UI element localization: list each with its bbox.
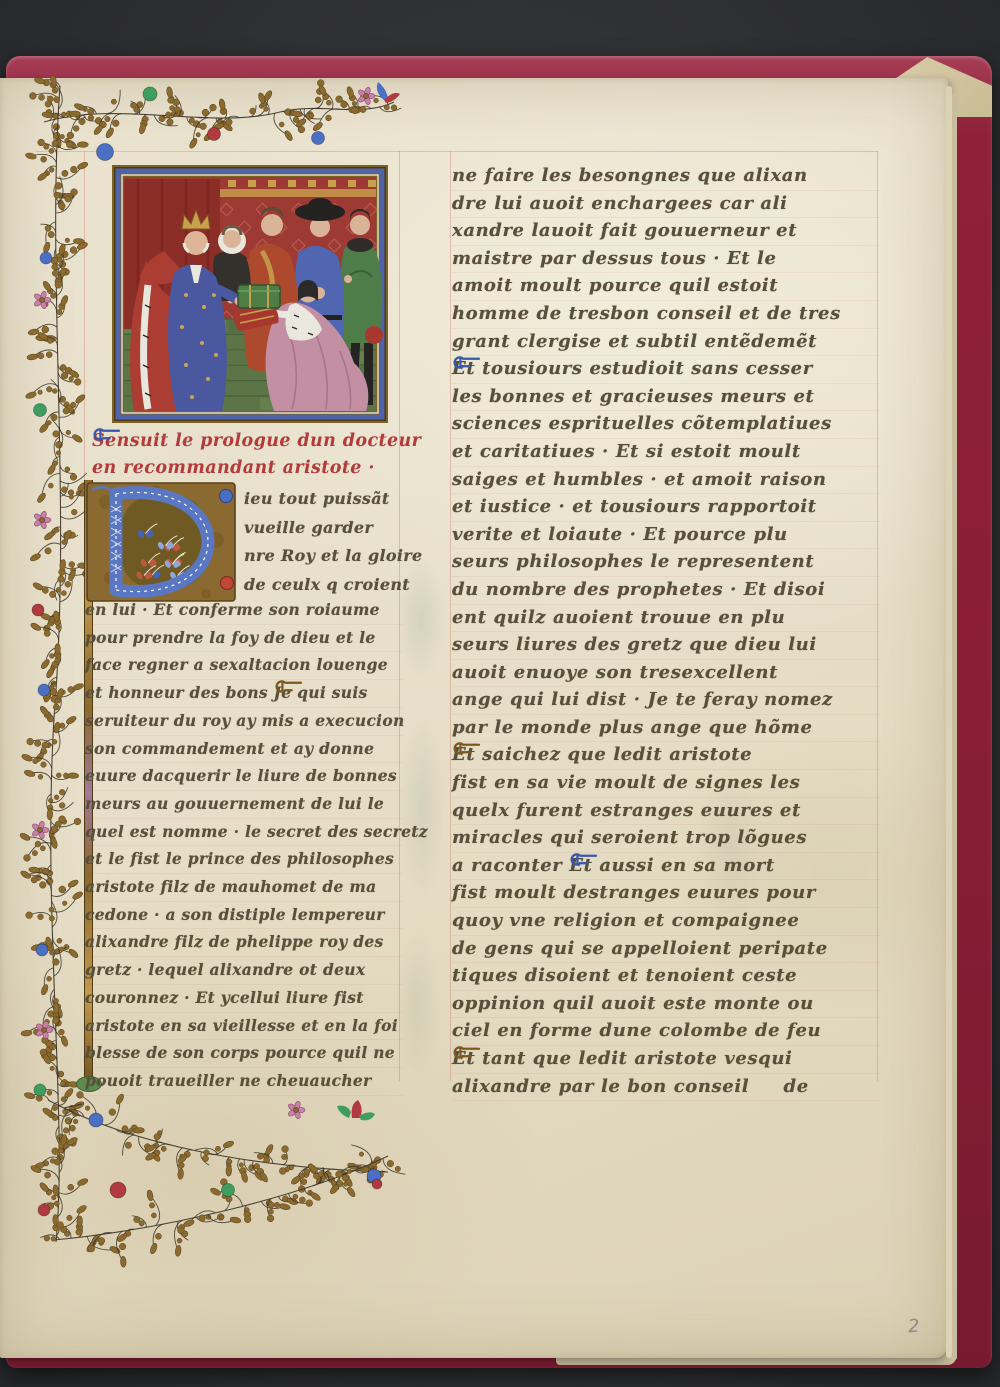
text-line: seruiteur du roy ay mis a execucion — [85, 708, 403, 736]
text-line: amoit moult pource quil estoit — [452, 273, 880, 301]
text-line: vueille garder — [244, 514, 404, 543]
text-line: ieu tout puissãt — [244, 485, 404, 514]
text-line: de ceulx q croient — [244, 571, 404, 600]
text-line: seurs philosophes le representent — [452, 549, 880, 577]
text-line: pour prendre la foy de dieu et le — [85, 625, 403, 653]
text-line: fist en sa vie moult de signes les — [452, 770, 880, 798]
folio-number: 2 — [907, 1316, 920, 1338]
text-line: oppinion quil auoit este monte ou — [452, 991, 880, 1019]
text-line: fist moult destranges euures pour — [452, 880, 880, 908]
text-line: face regner a sexaltacion louenge — [85, 652, 403, 680]
text-line: quoy vne religion et compaignee — [452, 908, 880, 936]
paraph-mark — [274, 680, 302, 693]
text-line: blesse de son corps pource quil ne — [85, 1040, 403, 1068]
text-line: par le monde plus ange que hõme — [452, 715, 880, 743]
paraph-mark — [92, 428, 120, 441]
text-line: Sensuit le prologue dun docteur — [92, 428, 412, 455]
text-line: son commandement et ay donne — [85, 736, 403, 764]
text-line: euure dacquerir le liure de bonnes — [85, 763, 403, 791]
text-line: pouoit traueiller ne cheuaucher — [85, 1068, 403, 1096]
text-line: en recommandant aristote · — [92, 455, 412, 482]
photo-backdrop: Sensuit le prologue dun docteuren recomm… — [0, 0, 1000, 1387]
text-line: et honneur des bons Je qui suis — [85, 680, 403, 708]
text-line: homme de tresbon conseil et de tres — [452, 301, 880, 329]
text-line: les bonnes et gracieuses meurs et — [452, 384, 880, 412]
text-line: xandre lauoit fait gouuerneur et — [452, 218, 880, 246]
text-line: ne faire les besongnes que alixan — [452, 163, 880, 191]
illuminated-initial-D — [86, 482, 236, 602]
text-line: et iustice · et tousiours rapportoit — [452, 494, 880, 522]
text-line: de gens qui se appelloient peripate — [452, 936, 880, 964]
text-line: saiges et humbles · et amoit raison — [452, 467, 880, 495]
text-line: aristote en sa vieillesse et en la foi — [85, 1013, 403, 1041]
text-line: aristote filz de mauhomet de ma — [85, 874, 403, 902]
text-line: alixandre filz de phelippe roy des — [85, 929, 403, 957]
text-line: alixandre par le bon conseil de — [452, 1074, 880, 1102]
text-line: en lui · Et conferme son roiaume — [85, 597, 403, 625]
rubric-heading: Sensuit le prologue dun docteuren recomm… — [92, 428, 412, 482]
text-line: dre lui auoit enchargees car ali — [452, 191, 880, 219]
text-line: du nombre des prophetes · Et disoi — [452, 577, 880, 605]
text-line: ciel en forme dune colombe de feu — [452, 1018, 880, 1046]
paraph-mark — [452, 1046, 480, 1059]
text-line: Et saichez que ledit aristote — [452, 742, 880, 770]
paraph-mark — [569, 853, 597, 866]
paraph-mark — [452, 356, 480, 369]
text-line: quelx furent estranges euures et — [452, 798, 880, 826]
text-line: nre Roy et la gloire — [244, 542, 404, 571]
right-text-column: ne faire les besongnes que alixandre lui… — [452, 163, 880, 1101]
text-line: verite et loiaute · Et pource plu — [452, 522, 880, 550]
text-line: seurs liures des gretz que dieu lui — [452, 632, 880, 660]
text-line: sciences esprituelles cõtemplatiues — [452, 411, 880, 439]
left-text-column: en lui · Et conferme son roiaumepour pre… — [85, 597, 403, 1096]
text-line: maistre par dessus tous · Et le — [452, 246, 880, 274]
text-line: grant clergise et subtil entẽdemẽt — [452, 329, 880, 357]
text-line: meurs au gouuernement de lui le — [85, 791, 403, 819]
text-line: miracles qui seroient trop lõgues — [452, 825, 880, 853]
text-line: et le fist le prince des philosophes — [85, 846, 403, 874]
text-line: et caritatiues · Et si estoit moult — [452, 439, 880, 467]
text-line: tiques disoient et tenoient ceste — [452, 963, 880, 991]
text-line: quel est nomme · le secret des secretz — [85, 819, 403, 847]
miniature-illustration — [112, 165, 388, 423]
text-line: a raconter Et aussi en sa mort — [452, 853, 880, 881]
text-line: Et tousiours estudioit sans cesser — [452, 356, 880, 384]
text-line: auoit enuoye son tresexcellent — [452, 660, 880, 688]
paraph-mark — [452, 742, 480, 755]
manuscript-page: Sensuit le prologue dun docteuren recomm… — [0, 78, 948, 1358]
text-line: ange qui lui dist · Je te feray nomez — [452, 687, 880, 715]
text-line: cedone · a son distiple lempereur — [85, 902, 403, 930]
text-line: Et tant que ledit aristote vesqui — [452, 1046, 880, 1074]
text-line: couronnez · Et ycellui liure fist — [85, 985, 403, 1013]
text-line: gretz · lequel alixandre ot deux — [85, 957, 403, 985]
text-line: ent quilz auoient trouue en plu — [452, 605, 880, 633]
page-edge — [952, 94, 957, 1360]
initial-side-text: ieu tout puissãtvueille gardernre Roy et… — [244, 485, 404, 599]
